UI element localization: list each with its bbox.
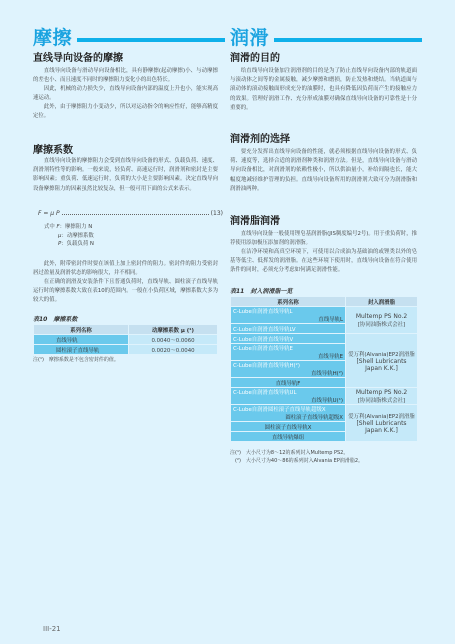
chapter-header-friction: 摩擦 xyxy=(33,23,225,50)
title-rule xyxy=(77,38,225,42)
table11-grease-list: 系列名称 封入润滑脂 C-Lube自润滑直线导轨L直线导轨L Multemp P… xyxy=(230,296,418,442)
table-row: 圆柱滚子直线导轨 0.0020～0.0040 xyxy=(34,345,218,355)
leader-dots xyxy=(62,210,209,215)
paragraph: 在正确的润滑及安装条件下且普通负荷时，直线导轨、圆柱滚子直线导轨运行时的摩擦系数… xyxy=(33,278,218,306)
chapter-title: 润滑 xyxy=(230,23,269,50)
paragraph: 此外，附带密封件时要在该值上加上密封件的阻力。密封件的阻力受密封唇过盈量及润滑状… xyxy=(33,260,218,278)
variable-row: P：负载负荷 N xyxy=(44,240,94,249)
table-header: 系列名称 xyxy=(231,297,346,307)
paragraph: 直线导向设备的摩擦阻力会受到直线导向设备的形式、负载负荷、速度、润滑剂特性等的影… xyxy=(33,157,218,194)
note: (²) 大小尺寸为40～86的系列封入Alvania EP润滑脂2。 xyxy=(230,457,363,465)
variable-row: 式中 F：摩擦阻力 N xyxy=(44,223,94,232)
table-row: C-Lube自润滑圆柱滚子直线导轨超级X圆柱滚子直线导轨超级X 爱万利(Alva… xyxy=(231,405,418,422)
variable-row: μ：动摩擦系数 xyxy=(44,232,94,241)
table11-caption: 表11 封入润滑脂一览 xyxy=(230,286,292,295)
paragraph: 此外，由于摩擦阻力小变动少，所以对运动指令的响应性好，能够高精度定位。 xyxy=(33,103,218,121)
section-heading: 润滑的目的 xyxy=(230,49,280,64)
formula-number: (13) xyxy=(211,210,223,217)
paragraph: 给直线导向设备加注润滑剂的目的是为了防止直线导向设备内部的轨道面与滚动体之间等的… xyxy=(230,67,417,113)
chapter-header-lubrication: 润滑 xyxy=(230,23,422,50)
table10-friction-coefficients: 系列名称 动摩擦系数 μ (¹) 直线导轨 0.0040～0.0060 圆柱滚子… xyxy=(33,324,218,355)
table-header: 动摩擦系数 μ (¹) xyxy=(129,325,218,335)
paragraph: 在洁净环境和高真空环境下，可使用以合成油为基础油的或锂类以外的皂基等低尘、低挥发… xyxy=(230,248,417,276)
table-row: C-Lube自润滑直线导轨UL直线导轨U(¹) Multemp PS No.2[… xyxy=(231,388,418,405)
table-row: 直线导轨 0.0040～0.0060 xyxy=(34,335,218,345)
section-heading: 摩擦系数 xyxy=(33,141,73,156)
table10-caption: 表10 摩擦系数 xyxy=(33,314,77,323)
table-header: 系列名称 xyxy=(34,325,129,335)
section-heading: 润滑脂润滑 xyxy=(230,212,280,227)
paragraph: 直线导向设备一般使用锂皂基润滑脂(JIS稠度编号2号)。用于重负荷时，推荐使用添… xyxy=(230,230,417,248)
formula-variables: 式中 F：摩擦阻力 N μ：动摩擦系数 P：负载负荷 N xyxy=(44,223,94,249)
title-rule xyxy=(274,38,422,42)
table-header: 封入润滑脂 xyxy=(346,297,418,307)
table10-note: 注(¹) 摩擦系数是不包含密封件的值。 xyxy=(33,356,119,364)
paragraph: 因此，机械的动力损失少，直线导向设备内部的温度上升也小，能实现高速运动。 xyxy=(33,85,218,103)
table-row: C-Lube自润滑直线导轨V 爱万利(Alvania)EP2润滑脂[Shell … xyxy=(231,334,418,344)
section-heading: 润滑剂的选择 xyxy=(230,130,290,145)
section-heading: 直线导向设备的摩擦 xyxy=(33,49,123,64)
formula-13: F = μ P (13) xyxy=(38,210,223,217)
formula-expression: F = μ P xyxy=(38,210,60,217)
chapter-title: 摩擦 xyxy=(33,23,72,50)
page-number: III-21 xyxy=(43,625,61,633)
paragraph: 直线导向设备与滑动导向设备相比，具有静摩擦(起动摩擦)小、与动摩擦的差也小、而且… xyxy=(33,67,218,85)
note: 注(¹) 大小尺寸为8～12的系列封入Multemp PS2。 xyxy=(230,449,363,457)
table-row: C-Lube自润滑直线导轨L直线导轨L Multemp PS No.2[协同油脂… xyxy=(231,307,418,324)
table11-notes: 注(¹) 大小尺寸为8～12的系列封入Multemp PS2。 (²) 大小尺寸… xyxy=(230,449,363,465)
paragraph: 要充分发挥出直线导向设备的性能，就必须根据直线导向设备的形式、负荷、速度等，选择… xyxy=(230,148,417,194)
